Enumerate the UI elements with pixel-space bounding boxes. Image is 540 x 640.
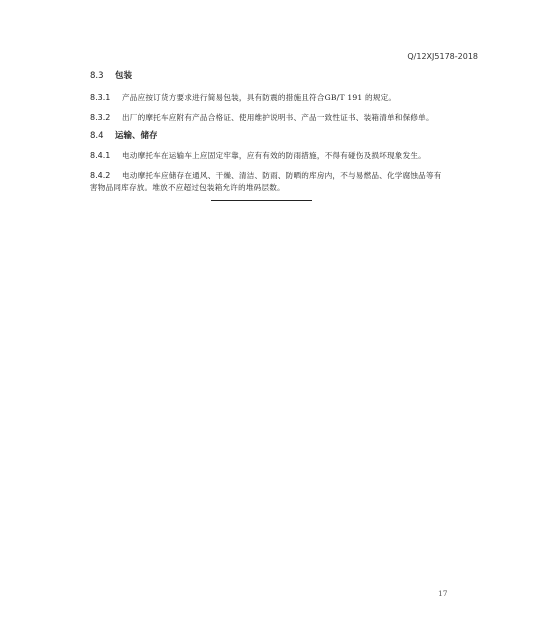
section-heading-8-3: 8.3 包装: [90, 70, 132, 82]
clause-number: 8.3.1: [90, 92, 122, 104]
clause-8-4-1: 8.4.1电动摩托车在运输车上应固定牢靠，应有有效的防雨措施，不得有碰伤及损坏现…: [90, 150, 470, 162]
clause-text: 出厂的摩托车应附有产品合格证、使用维护说明书、产品一致性证书、装箱清单和保修单。: [122, 113, 434, 122]
section-number: 8.3: [90, 70, 112, 82]
clause-number: 8.4.2: [90, 170, 122, 182]
clause-text: 产品应按订货方要求进行简易包装，具有防震的措施且符合GB/T 191 的规定。: [122, 93, 396, 102]
clause-number: 8.3.2: [90, 112, 122, 124]
clause-8-3-2: 8.3.2出厂的摩托车应附有产品合格证、使用维护说明书、产品一致性证书、装箱清单…: [90, 112, 470, 124]
clause-text-line1: 电动摩托车应储存在通风、干燥、清洁、防雨、防晒的库房内，不与易燃品、化学腐蚀品等…: [122, 171, 442, 180]
section-title: 包装: [115, 71, 132, 81]
clause-8-3-1: 8.3.1产品应按订货方要求进行简易包装，具有防震的措施且符合GB/T 191 …: [90, 92, 470, 104]
standard-code: Q/12XJ5178-2018: [407, 52, 478, 61]
clause-8-4-2: 8.4.2电动摩托车应储存在通风、干燥、清洁、防雨、防晒的库房内，不与易燃品、化…: [90, 170, 470, 182]
clause-text: 电动摩托车在运输车上应固定牢靠，应有有效的防雨措施，不得有碰伤及损坏现象发生。: [122, 151, 426, 160]
clause-text-line2: 害物品同库存放。堆放不应超过包装箱允许的堆码层数。: [90, 183, 285, 192]
clause-number: 8.4.1: [90, 150, 122, 162]
clause-8-4-2-continuation: 害物品同库存放。堆放不应超过包装箱允许的堆码层数。: [90, 182, 470, 194]
section-title: 运输、储存: [115, 131, 158, 141]
end-of-document-line: [211, 200, 312, 201]
section-heading-8-4: 8.4 运输、储存: [90, 130, 157, 142]
section-number: 8.4: [90, 130, 112, 142]
page-number: 17: [438, 589, 448, 598]
